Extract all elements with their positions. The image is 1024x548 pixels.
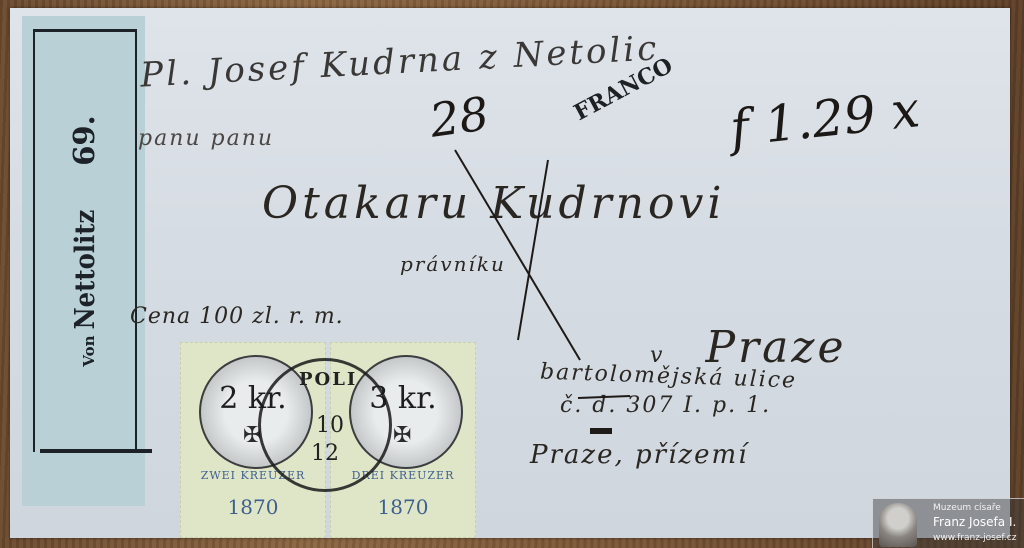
eagle-icon: ✠ bbox=[393, 423, 411, 448]
postmark: POLI 10 12 bbox=[258, 358, 392, 492]
label-text: VonNettolitz69. bbox=[67, 115, 101, 366]
floor-note: Praze, přízemí bbox=[530, 440, 748, 470]
recipient-title: právníku bbox=[400, 252, 506, 276]
label-place: Nettolitz bbox=[70, 210, 101, 330]
house-number: č. d. 307 I. p. 1. bbox=[560, 393, 771, 418]
postmark-day: 10 bbox=[316, 413, 344, 438]
origin-label: VonNettolitz69. bbox=[22, 16, 145, 506]
salutation: panu panu bbox=[138, 126, 274, 151]
label-number: 69. bbox=[67, 115, 101, 165]
postmark-month: 12 bbox=[311, 441, 339, 466]
recipient-name: Otakaru Kudrnovi bbox=[262, 178, 725, 229]
stamp-year: 1870 bbox=[181, 495, 325, 519]
portrait-icon bbox=[879, 503, 917, 547]
watermark-line1: Muzeum císaře bbox=[933, 503, 1001, 513]
label-prefix: Von bbox=[80, 336, 98, 367]
postmark-town: POLI bbox=[299, 369, 357, 390]
value-note: Cena 100 zl. r. m. bbox=[130, 304, 344, 329]
museum-watermark: Muzeum císaře Franz Josefa I. www.franz-… bbox=[872, 498, 1024, 548]
watermark-line2: Franz Josefa I. bbox=[933, 515, 1016, 529]
label-bar bbox=[40, 449, 152, 453]
watermark-url: www.franz-josef.cz bbox=[933, 533, 1016, 543]
stamp-year: 1870 bbox=[331, 495, 475, 519]
reference-number: 28 bbox=[427, 86, 492, 148]
